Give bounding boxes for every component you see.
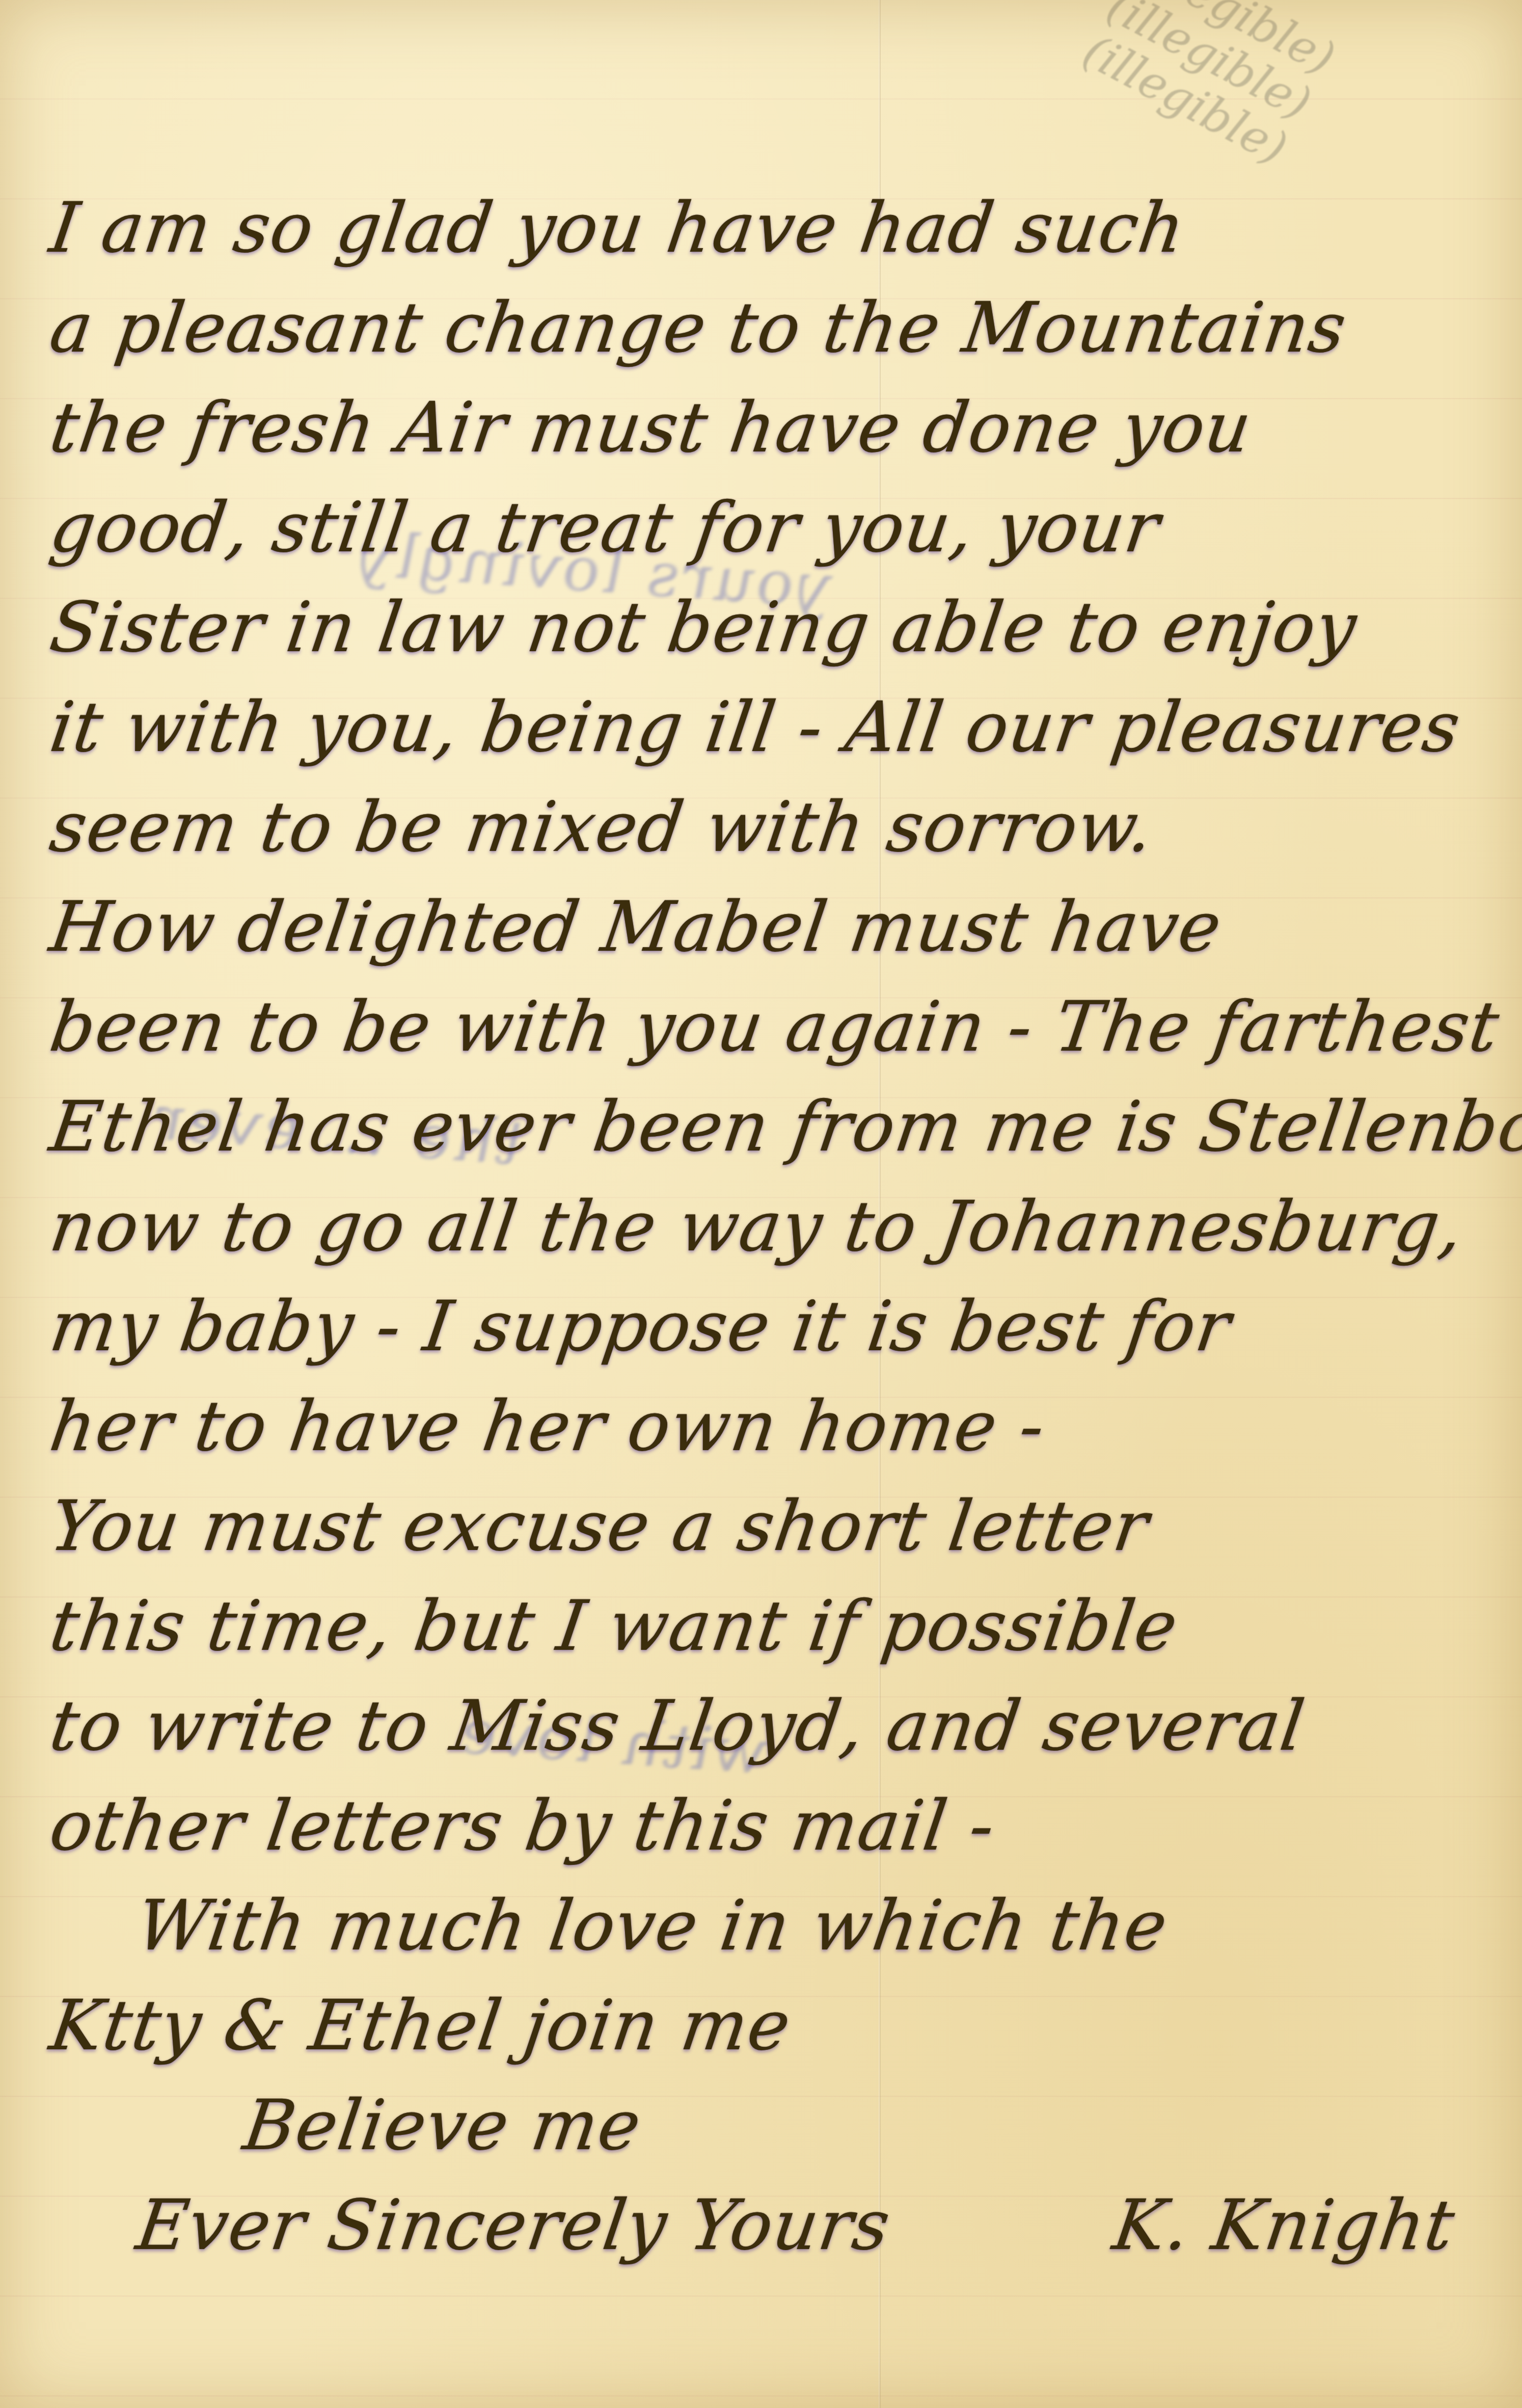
closing-line: Ktty & Ethel join me — [44, 1976, 1500, 2076]
body-line: Ethel has ever been from me is Stellenbo… — [44, 1077, 1500, 1177]
body-line: other letters by this mail - — [44, 1776, 1500, 1876]
body-line: good, still a treat for you, your — [44, 478, 1500, 578]
body-line: it with you, being ill - All our pleasur… — [44, 678, 1500, 778]
signoff-row: Ever Sincerely Yours K. Knight — [44, 2176, 1500, 2276]
body-line: a pleasant change to the Mountains — [44, 278, 1500, 378]
body-line: Sister in law not being able to enjoy — [44, 578, 1500, 678]
valediction: Believe me — [44, 2076, 1500, 2176]
closing-line: With much love in which the — [44, 1876, 1500, 1976]
body-line: I am so glad you have had such — [44, 178, 1500, 278]
body-line: been to be with you again - The farthest — [44, 977, 1500, 1077]
letter-body: I am so glad you have had such a pleasan… — [51, 178, 1492, 2276]
signature: K. Knight — [1107, 2176, 1461, 2276]
body-line: my baby - I suppose it is best for — [44, 1277, 1500, 1377]
body-line: the fresh Air must have done you — [44, 378, 1500, 478]
body-line: this time, but I want if possible — [44, 1576, 1500, 1676]
letter-page: yours lovingly the ... ever with love (i… — [0, 0, 1522, 2408]
body-line: now to go all the way to Johannesburg, — [44, 1177, 1500, 1277]
body-line: How delighted Mabel must have — [44, 877, 1500, 977]
body-line: You must excuse a short letter — [44, 1477, 1500, 1576]
body-line: to write to Miss Lloyd, and several — [44, 1676, 1500, 1776]
body-line: her to have her own home - — [44, 1377, 1500, 1477]
body-line: seem to be mixed with sorrow. — [44, 778, 1500, 877]
complimentary-close: Ever Sincerely Yours — [130, 2176, 897, 2276]
